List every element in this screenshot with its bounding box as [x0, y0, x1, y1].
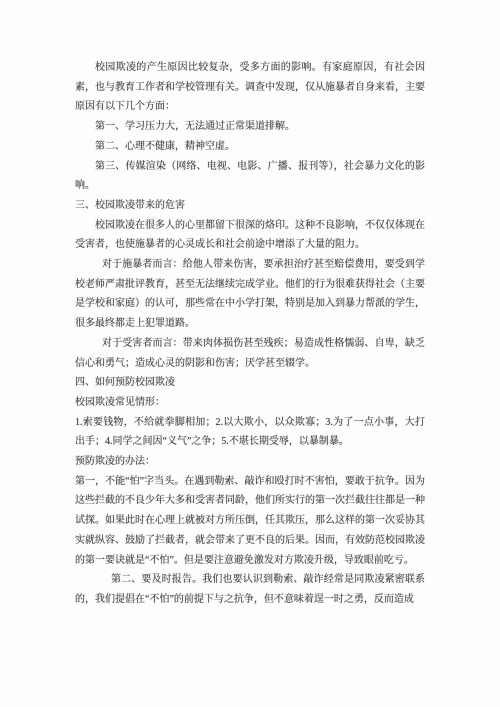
paragraph: 第二、要及时报告。我们也要认识到勒索、敲诈经常是同欺凌紧密联系的，我们提倡在“不… — [75, 570, 425, 609]
paragraph: 对于受害者而言：带来肉体损伤甚至残疾；易造成性格懦弱、自卑，缺乏信心和勇气；造成… — [75, 334, 425, 373]
document-body: 校园欺凌的产生原因比较复杂，受多方面的影响。有家庭原因，有社会因素，也与教育工作… — [75, 58, 425, 610]
section-heading: 四、如何预防校园欺凌 — [75, 373, 425, 393]
document-page: 校园欺凌的产生原因比较复杂，受多方面的影响。有家庭原因，有社会因素，也与教育工作… — [0, 0, 500, 707]
paragraph: 校园欺凌在很多人的心里都留下很深的烙印。这种不良影响，不仅仅体现在受害者，也使施… — [75, 216, 425, 255]
paragraph: 校园欺凌的产生原因比较复杂，受多方面的影响。有家庭原因，有社会因素，也与教育工作… — [75, 58, 425, 117]
paragraph: 第三、传媒渲染（网络、电视、电影、广播、报刊等），社会暴力文化的影响。 — [75, 157, 425, 196]
paragraph: 1.索要钱物，不给就拳脚相加；2.以大欺小，以众欺寡；3.为了一点小事，大打出手… — [75, 413, 425, 452]
paragraph: 第一，不能“怕”字当头。在遇到勒索、敲诈和殴打时不害怕，要敢于抗争。因为这些拦截… — [75, 472, 425, 571]
paragraph: 对于施暴者而言：给他人带来伤害，要承担治疗甚至赔偿费用，要受到学校老师严肃批评教… — [75, 255, 425, 334]
section-heading: 三、校园欺凌带来的危害 — [75, 196, 425, 216]
paragraph: 预防欺凌的办法： — [75, 452, 425, 472]
paragraph: 校园欺凌常见情形： — [75, 393, 425, 413]
paragraph: 第二、心理不健康，精神空虚。 — [75, 137, 425, 157]
paragraph: 第一、学习压力大，无法通过正常渠道排解。 — [75, 117, 425, 137]
